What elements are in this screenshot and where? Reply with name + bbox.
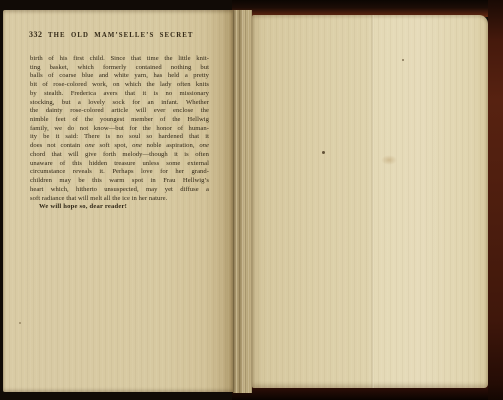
body-line: children may be this warm spot in Frau H… bbox=[30, 177, 209, 186]
page-header: 332 THE OLD MAM’SELLE’S SECRET bbox=[29, 30, 209, 39]
left-page: 332 THE OLD MAM’SELLE’S SECRET birth of … bbox=[3, 10, 233, 392]
body-line: unaware of this hidden treasure unless s… bbox=[30, 160, 209, 169]
body-line: balls of coarse blue and white yarn, has… bbox=[30, 72, 209, 81]
body-line: does not contain one soft spot, one nobl… bbox=[30, 142, 209, 151]
body-line: soft radiance that will melt all the ice… bbox=[30, 195, 209, 204]
body-line: chord that will give forth melody—though… bbox=[30, 151, 209, 160]
body-text: birth of his first child. Since that tim… bbox=[30, 55, 209, 212]
paper-speck bbox=[19, 322, 21, 324]
body-line: We will hope so, dear reader! bbox=[30, 203, 209, 212]
body-line: ting basket, which formerly contained no… bbox=[30, 64, 209, 73]
body-line: stocking, but a lovely sock for an infan… bbox=[30, 99, 209, 108]
book-cover-right-edge bbox=[488, 0, 503, 400]
body-line: by stealth. Frederica avers that it is n… bbox=[30, 90, 209, 99]
body-line: family, we do not know—but for the honor… bbox=[30, 125, 209, 134]
body-line: nimble feet of the youngest member of th… bbox=[30, 116, 209, 125]
paper-stain bbox=[381, 155, 397, 165]
body-line: bit of rose-colored work, on which the l… bbox=[30, 81, 209, 90]
body-line: birth of his first child. Since that tim… bbox=[30, 55, 209, 64]
body-line: heart which, hitherto unsuspected, may y… bbox=[30, 186, 209, 195]
right-page-blank bbox=[252, 15, 488, 388]
page-number: 332 bbox=[29, 30, 43, 39]
running-title: THE OLD MAM’SELLE’S SECRET bbox=[43, 32, 210, 39]
body-line: the dainty rose-colored article will eve… bbox=[30, 107, 209, 116]
body-line: ity be it said: There is no soul so hard… bbox=[30, 133, 209, 142]
body-line: circumstance reveals it. Perhaps love fo… bbox=[30, 168, 209, 177]
paper-speck bbox=[322, 151, 325, 154]
page-fold-seam bbox=[371, 15, 374, 388]
paper-speck bbox=[402, 59, 404, 61]
scanned-book-photo: 332 THE OLD MAM’SELLE’S SECRET birth of … bbox=[0, 0, 503, 400]
page-gutter bbox=[233, 10, 252, 393]
